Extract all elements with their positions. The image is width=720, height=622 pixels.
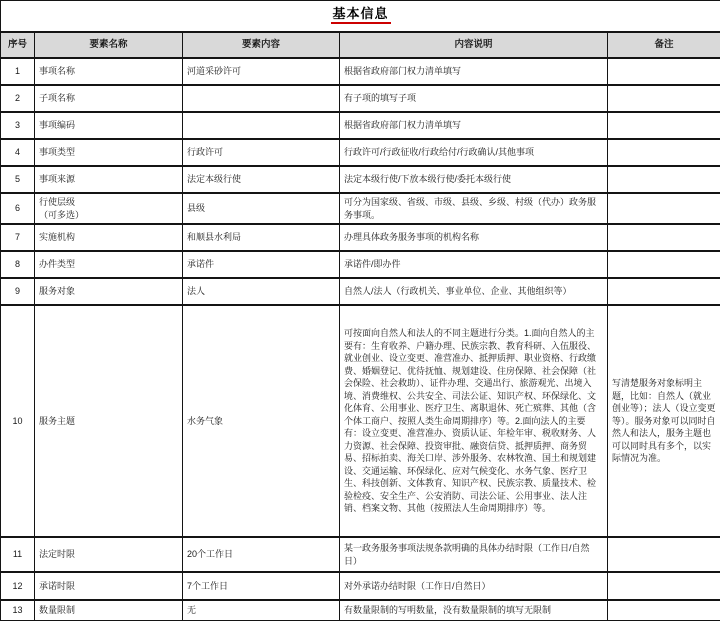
table-row: 9 服务对象 法人 自然人/法人（行政机关、事业单位、企业、其他组织等） — [1, 278, 720, 305]
table-row: 11 法定时限 20个工作日 某一政务服务事项法规条款明确的具体办结时限（工作日… — [1, 537, 720, 572]
remark-cell — [608, 58, 720, 85]
element-name-cell: 服务主题 — [35, 305, 183, 537]
table-row: 2 子项名称 有子项的填写子项 — [1, 85, 720, 112]
table-row: 7 实施机构 和顺县水利局 办理具体政务服务事项的机构名称 — [1, 224, 720, 251]
remark-cell — [608, 166, 720, 193]
table-row: 3 事项编码 根据省政府部门权力清单填写 — [1, 112, 720, 139]
element-name-cell: 行使层级 （可多选） — [35, 193, 183, 224]
column-header-element-content: 要素内容 — [183, 32, 340, 58]
table-row: 4 事项类型 行政许可 行政许可/行政征收/行政给付/行政确认/其他事项 — [1, 139, 720, 166]
element-content-cell: 和顺县水利局 — [183, 224, 340, 251]
element-name-cell: 承诺时限 — [35, 572, 183, 600]
element-content-cell: 县级 — [183, 193, 340, 224]
row-number-cell: 11 — [1, 537, 35, 572]
row-number-cell: 3 — [1, 112, 35, 139]
row-number-cell: 7 — [1, 224, 35, 251]
table-row: 12 承诺时限 7个工作日 对外承诺办结时限（工作日/自然日） — [1, 572, 720, 600]
description-cell: 办理具体政务服务事项的机构名称 — [340, 224, 608, 251]
row-number-cell: 12 — [1, 572, 35, 600]
column-header-no: 序号 — [1, 32, 35, 58]
row-number-cell: 4 — [1, 139, 35, 166]
row-number-cell: 2 — [1, 85, 35, 112]
remark-cell — [608, 224, 720, 251]
table-row: 8 办件类型 承诺件 承诺件/即办件 — [1, 251, 720, 278]
element-name-cell: 实施机构 — [35, 224, 183, 251]
element-content-cell: 7个工作日 — [183, 572, 340, 600]
element-name-cell: 办件类型 — [35, 251, 183, 278]
element-content-cell — [183, 85, 340, 112]
column-header-description: 内容说明 — [340, 32, 608, 58]
page-title: 基本信息 — [331, 8, 391, 25]
element-content-cell — [183, 112, 340, 139]
table-title-cell: 基本信息 — [1, 1, 720, 33]
remark-cell — [608, 85, 720, 112]
description-cell: 某一政务服务事项法规条款明确的具体办结时限（工作日/自然日） — [340, 537, 608, 572]
element-name-cell: 法定时限 — [35, 537, 183, 572]
element-content-cell: 承诺件 — [183, 251, 340, 278]
element-name-cell: 事项名称 — [35, 58, 183, 85]
row-number-cell: 13 — [1, 600, 35, 620]
table-row: 10 服务主题 水务气象 可按面向自然人和法人的不同主题进行分类。1.面向自然人… — [1, 305, 720, 537]
description-cell: 行政许可/行政征收/行政给付/行政确认/其他事项 — [340, 139, 608, 166]
element-content-cell: 法定本级行使 — [183, 166, 340, 193]
remark-cell — [608, 278, 720, 305]
basic-info-table: 基本信息 序号 要素名称 要素内容 内容说明 备注 1 事项名称 河道采砂许可 … — [0, 0, 720, 621]
spreadsheet-document: 基本信息 序号 要素名称 要素内容 内容说明 备注 1 事项名称 河道采砂许可 … — [0, 0, 720, 622]
description-cell: 根据省政府部门权力清单填写 — [340, 58, 608, 85]
element-name-cell: 子项名称 — [35, 85, 183, 112]
title-row: 基本信息 — [1, 1, 720, 33]
description-cell: 可按面向自然人和法人的不同主题进行分类。1.面向自然人的主要有：生育收养、户籍办… — [340, 305, 608, 537]
element-content-cell: 20个工作日 — [183, 537, 340, 572]
remark-cell — [608, 139, 720, 166]
column-header-element-name: 要素名称 — [35, 32, 183, 58]
table-row: 5 事项来源 法定本级行使 法定本级行使/下放本级行使/委托本级行使 — [1, 166, 720, 193]
row-number-cell: 6 — [1, 193, 35, 224]
row-number-cell: 5 — [1, 166, 35, 193]
element-name-cell: 事项来源 — [35, 166, 183, 193]
description-cell: 根据省政府部门权力清单填写 — [340, 112, 608, 139]
element-name-cell: 数量限制 — [35, 600, 183, 620]
description-cell: 法定本级行使/下放本级行使/委托本级行使 — [340, 166, 608, 193]
element-content-cell: 水务气象 — [183, 305, 340, 537]
table-row: 13 数量限制 无 有数量限制的写明数量，没有数量限制的填写无限制 — [1, 600, 720, 620]
row-number-cell: 8 — [1, 251, 35, 278]
element-name-cell: 服务对象 — [35, 278, 183, 305]
row-number-cell: 9 — [1, 278, 35, 305]
element-name-cell: 事项类型 — [35, 139, 183, 166]
element-content-cell: 河道采砂许可 — [183, 58, 340, 85]
remark-cell: 写清楚服务对象标明主题，比如：自然人（就业创业等）；法人（设立变更等）。服务对象… — [608, 305, 720, 537]
element-name-cell: 事项编码 — [35, 112, 183, 139]
table-row: 6 行使层级 （可多选） 县级 可分为国家级、省级、市级、县级、乡级、村级（代办… — [1, 193, 720, 224]
element-content-cell: 无 — [183, 600, 340, 620]
element-content-cell: 行政许可 — [183, 139, 340, 166]
remark-cell — [608, 537, 720, 572]
column-header-row: 序号 要素名称 要素内容 内容说明 备注 — [1, 32, 720, 58]
row-number-cell: 10 — [1, 305, 35, 537]
remark-cell — [608, 600, 720, 620]
column-header-remark: 备注 — [608, 32, 720, 58]
description-cell: 有数量限制的写明数量，没有数量限制的填写无限制 — [340, 600, 608, 620]
description-cell: 对外承诺办结时限（工作日/自然日） — [340, 572, 608, 600]
remark-cell — [608, 251, 720, 278]
remark-cell — [608, 572, 720, 600]
element-content-cell: 法人 — [183, 278, 340, 305]
remark-cell — [608, 112, 720, 139]
description-cell: 承诺件/即办件 — [340, 251, 608, 278]
description-cell: 自然人/法人（行政机关、事业单位、企业、其他组织等） — [340, 278, 608, 305]
description-cell: 可分为国家级、省级、市级、县级、乡级、村级（代办）政务服务事项。 — [340, 193, 608, 224]
table-row: 1 事项名称 河道采砂许可 根据省政府部门权力清单填写 — [1, 58, 720, 85]
remark-cell — [608, 193, 720, 224]
row-number-cell: 1 — [1, 58, 35, 85]
description-cell: 有子项的填写子项 — [340, 85, 608, 112]
